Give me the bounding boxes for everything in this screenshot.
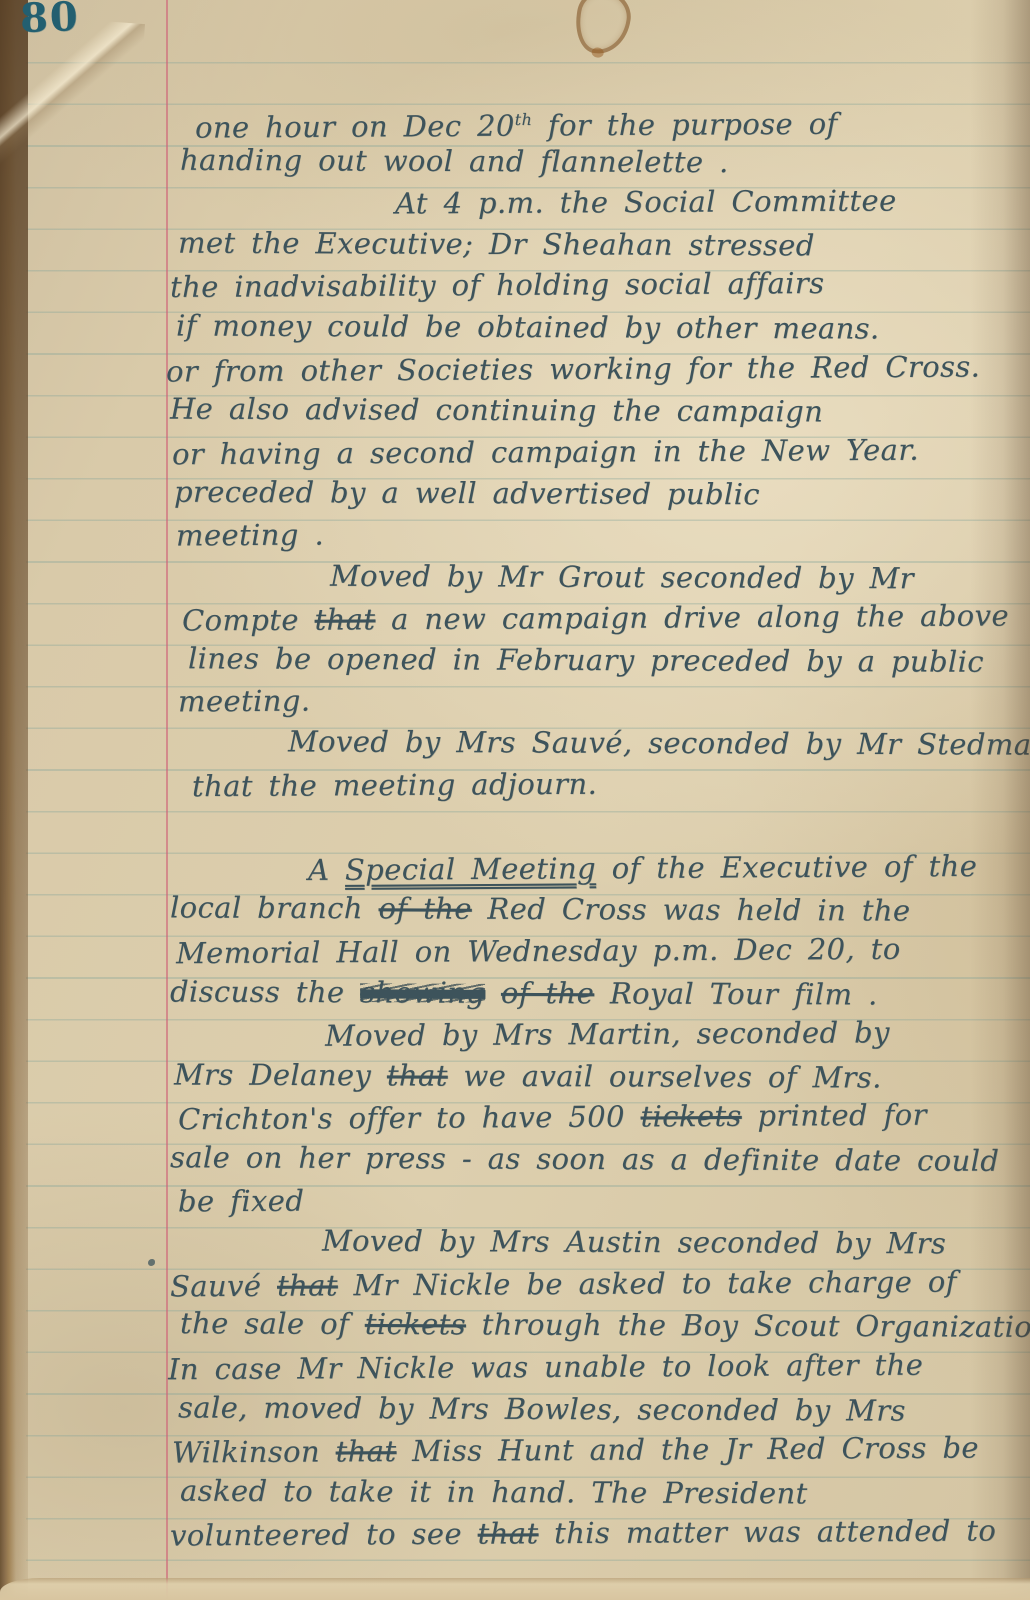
- handwritten-line: Crichton's offer to have 500 tickets pri…: [178, 1095, 927, 1141]
- under-page-edge: [0, 1578, 1030, 1600]
- handwritten-line: discuss the showing of the Royal Tour fi…: [170, 971, 878, 1015]
- handwriting-segment: that: [314, 603, 375, 637]
- handwritten-line: preceded by a well advertised public: [174, 472, 760, 516]
- page-edge-shadow: [970, 0, 1030, 1600]
- handwriting-segment: Moved by Mrs Martin, seconded by: [325, 1015, 890, 1052]
- handwriting-segment: that: [336, 1434, 397, 1468]
- handwritten-line: Wilkinson that Miss Hunt and the Jr Red …: [172, 1428, 979, 1474]
- handwritten-line: sale, moved by Mrs Bowles, seconded by M…: [178, 1387, 906, 1431]
- handwritten-line: sale on her press - as soon as a definit…: [170, 1137, 999, 1182]
- handwriting-segment: a new campaign drive along the above: [375, 599, 1009, 637]
- handwritten-line: handing out wool and flannelette .: [180, 139, 729, 182]
- handwritten-line: be fixed: [178, 1180, 304, 1222]
- handwriting-segment: the inadvisability of holding social aff…: [170, 266, 825, 304]
- handwriting-segment: discuss the: [170, 974, 360, 1009]
- handwriting-segment: sale on her press - as soon as a definit…: [170, 1140, 999, 1178]
- handwriting-segment: for the purpose of: [532, 107, 838, 143]
- handwriting-segment: tickets: [640, 1099, 741, 1134]
- handwriting-segment: volunteered to see: [170, 1517, 478, 1553]
- handwritten-line: or from other Societies working for the …: [166, 346, 981, 392]
- handwritten-line: volunteered to see that this matter was …: [170, 1511, 996, 1557]
- handwritten-line: meeting .: [176, 515, 324, 557]
- handwriting-segment: Moved by Mr Grout seconded by Mr: [330, 558, 914, 595]
- handwriting-segment: local branch: [170, 891, 379, 926]
- handwriting-segment: At 4 p.m. the Social Committee: [395, 184, 897, 221]
- handwriting-segment: of the Executive of the: [596, 849, 977, 885]
- handwriting-segment: Crichton's offer to have 500: [178, 1100, 641, 1137]
- handwriting-segment: of the: [378, 892, 471, 926]
- handwriting-segment: In case Mr Nickle was unable to look aft…: [168, 1348, 923, 1387]
- handwriting-segment: lines be opened in February preceded by …: [188, 641, 984, 678]
- handwriting-segment: that: [387, 1058, 448, 1092]
- handwriting-segment: we avail ourselves of Mrs.: [448, 1058, 882, 1094]
- handwriting-segment: Red Cross was held in the: [472, 892, 911, 928]
- handwritten-line: A Special Meeting of the Executive of th…: [308, 846, 977, 891]
- handwriting-segment: He also advised continuing the campaign: [170, 392, 823, 429]
- notebook-page: 80 one hour on Dec 20th for the purpose …: [0, 0, 1030, 1600]
- handwriting-segment: Sauvé: [170, 1269, 277, 1304]
- handwriting-segment: th: [515, 110, 533, 129]
- handwritten-line: He also advised continuing the campaign: [170, 389, 823, 433]
- handwritten-line: local branch of the Red Cross was held i…: [170, 888, 911, 932]
- handwriting-segment: meeting.: [178, 684, 311, 719]
- handwritten-line: the sale of tickets through the Boy Scou…: [180, 1303, 1030, 1348]
- handwritten-line: if money could be obtained by other mean…: [176, 305, 880, 349]
- handwritten-line: In case Mr Nickle was unable to look aft…: [168, 1345, 923, 1391]
- handwriting-segment: if money could be obtained by other mean…: [176, 308, 880, 345]
- handwritten-line: Memorial Hall on Wednesday p.m. Dec 20, …: [176, 929, 901, 974]
- handwritten-line: At 4 p.m. the Social Committee: [395, 181, 897, 225]
- handwriting-segment: Mr Nickle be asked to take charge of: [338, 1264, 957, 1302]
- handwriting-segment: Compte: [182, 603, 315, 638]
- handwritten-line: met the Executive; Dr Sheahan stressed: [178, 222, 815, 266]
- handwriting-segment: preceded by a well advertised public: [174, 475, 760, 512]
- handwriting-segment: the sale of: [180, 1306, 365, 1341]
- handwritten-line: that the meeting adjourn.: [192, 763, 597, 806]
- handwritten-line: meeting.: [178, 681, 311, 723]
- handwritten-line: Moved by Mr Grout seconded by Mr: [330, 555, 914, 599]
- handwritten-line: Compte that a new campaign drive along t…: [182, 596, 1009, 642]
- handwriting-segment: tickets: [365, 1307, 466, 1341]
- handwritten-line: Moved by Mrs Sauvé, seconded by Mr Stedm…: [288, 721, 1030, 765]
- handwriting-segment: be fixed: [178, 1183, 304, 1218]
- handwriting-segment: showing: [360, 975, 485, 1010]
- handwriting-segment: handing out wool and flannelette .: [180, 142, 729, 178]
- handwriting-segment: Miss Hunt and the Jr Red Cross be: [396, 1431, 979, 1469]
- handwritten-line: Moved by Mrs Martin, seconded by: [325, 1012, 890, 1056]
- handwriting-segment: Wilkinson: [172, 1435, 336, 1470]
- handwriting-segment: of the: [501, 975, 594, 1009]
- handwriting-segment: that: [478, 1517, 539, 1551]
- handwriting-segment: Mrs Delaney: [174, 1057, 387, 1092]
- handwritten-line: Moved by Mrs Austin seconded by Mrs: [322, 1221, 946, 1265]
- handwriting-segment: met the Executive; Dr Sheahan stressed: [178, 225, 815, 262]
- handwriting-segment: or having a second campaign in the New Y…: [172, 433, 919, 472]
- handwritten-line: asked to take it in hand. The President: [180, 1470, 808, 1514]
- handwriting-segment: asked to take it in hand. The President: [180, 1473, 808, 1510]
- handwriting-segment: or from other Societies working for the …: [166, 349, 980, 388]
- handwriting-segment: Special Meeting: [345, 851, 596, 887]
- handwriting-segment: meeting .: [176, 518, 324, 553]
- handwriting-segment: Royal Tour film .: [594, 976, 878, 1011]
- handwritten-line: or having a second campaign in the New Y…: [172, 430, 919, 476]
- handwriting-segment: that: [277, 1268, 338, 1302]
- handwriting-segment: this matter was attended to: [538, 1514, 996, 1551]
- handwriting-segment: Moved by Mrs Austin seconded by Mrs: [322, 1224, 946, 1261]
- handwriting-segment: Memorial Hall on Wednesday p.m. Dec 20, …: [176, 932, 901, 970]
- handwriting-segment: Moved by Mrs Sauvé, seconded by Mr Stedm…: [288, 724, 1030, 761]
- handwriting-segment: printed for: [742, 1098, 927, 1133]
- handwriting-segment: sale, moved by Mrs Bowles, seconded by M…: [178, 1390, 906, 1427]
- handwritten-line: lines be opened in February preceded by …: [188, 638, 984, 682]
- handwritten-lines: one hour on Dec 20th for the purpose ofh…: [0, 0, 1030, 1600]
- handwritten-line: the inadvisability of holding social aff…: [170, 263, 825, 308]
- handwritten-line: Sauvé that Mr Nickle be asked to take ch…: [170, 1261, 957, 1307]
- handwriting-segment: [485, 975, 501, 1009]
- handwriting-segment: that the meeting adjourn.: [192, 766, 597, 802]
- handwriting-segment: through the Boy Scout Organization: [466, 1308, 1030, 1345]
- handwriting-segment: A: [308, 853, 345, 887]
- handwritten-line: Mrs Delaney that we avail ourselves of M…: [174, 1054, 882, 1098]
